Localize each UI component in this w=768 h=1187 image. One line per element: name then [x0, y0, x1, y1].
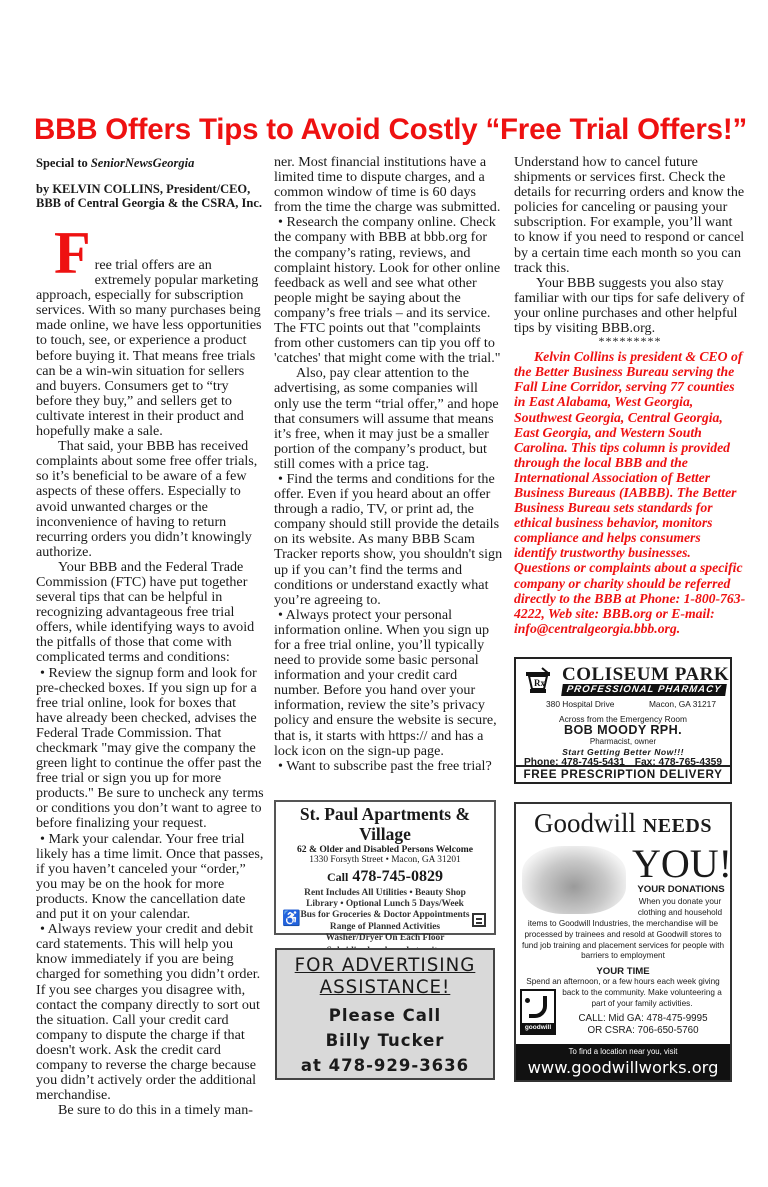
ad-feature: Range of Planned Activities — [276, 922, 494, 933]
ad-phone: 478-745-0829 — [352, 868, 443, 885]
wheelchair-accessible-icon: ♿ — [282, 912, 301, 927]
ad-feature: Bus for Groceries & Doctor Appointments — [276, 910, 494, 921]
paragraph: Understand how to cancel future shipment… — [514, 155, 746, 276]
ad-owner-role: Pharmacist, owner — [516, 737, 730, 746]
tip-item: • Always protect your personal informati… — [274, 608, 506, 759]
time-text: Spend an afternoon, or a few hours each … — [516, 977, 730, 988]
ad-title: Goodwill NEEDS — [516, 806, 730, 843]
time-heading: YOUR TIME — [516, 966, 730, 977]
ad-phone: OR CSRA: 706-650-5760 — [560, 1025, 726, 1037]
byline-author: by KELVIN COLLINS, President/CEO, — [36, 182, 250, 196]
ad-heading: FOR ADVERTISING — [277, 955, 493, 977]
ad-footer: To find a location near you, visit www.g… — [516, 1044, 730, 1080]
tip-item: • Find the terms and conditions for the … — [274, 472, 506, 608]
ad-title: COLISEUM PARK — [562, 665, 729, 685]
ad-phone: CALL: Mid GA: 478-475-9995 — [560, 1013, 726, 1025]
author-bio: Kelvin Collins is president & CEO of the… — [514, 349, 746, 636]
paragraph: That said, your BBB has received complai… — [36, 439, 264, 560]
ad-phone: at 478-929-3636 — [277, 1053, 493, 1078]
group-photo — [522, 846, 626, 914]
ad-address: 1330 Forsyth Street • Macon, GA 31201 — [276, 855, 494, 866]
advertising-assistance-ad[interactable]: FOR ADVERTISING ASSISTANCE! Please Call … — [275, 948, 495, 1080]
ad-delivery-banner: FREE PRESCRIPTION DELIVERY — [516, 765, 730, 782]
call-label: Call — [327, 870, 348, 884]
ad-call-line: Please Call — [277, 1003, 493, 1028]
ad-feature: Washer/Dryer On Each Floor — [276, 933, 494, 944]
section-divider: ********* — [514, 336, 746, 346]
tip-item: • Research the company online. Check the… — [274, 215, 506, 366]
goodwill-ad[interactable]: Goodwill NEEDS YOU! YOUR DONATIONS When … — [514, 802, 732, 1082]
svg-text:Rx: Rx — [534, 678, 545, 688]
city: Macon, GA 31217 — [649, 699, 716, 709]
ad-heading: ASSISTANCE! — [277, 977, 493, 999]
find-location-text: To find a location near you, visit — [516, 1044, 730, 1058]
ad-owner-name: BOB MOODY RPH. — [516, 723, 730, 737]
article-headline: BBB Offers Tips to Avoid Costly “Free Tr… — [34, 112, 754, 148]
tip-item: • Review the signup form and look for pr… — [36, 666, 264, 832]
website-link[interactable]: www.goodwillworks.org — [516, 1058, 730, 1077]
street-address: 380 Hospital Drive — [546, 699, 614, 709]
goodwill-name: Goodwill — [534, 808, 636, 838]
donations-heading: YOUR DONATIONS — [626, 884, 736, 895]
ad-subtitle: 62 & Older and Disabled Persons Welcome — [276, 844, 494, 855]
article-column-1: Special to SeniorNewsGeorgia by KELVIN C… — [36, 156, 264, 1118]
byline-org: BBB of Central Georgia & the CSRA, Inc. — [36, 196, 262, 210]
paragraph: ner. Most financial institutions have a … — [274, 155, 506, 215]
special-credit: Special to SeniorNewsGeorgia — [36, 156, 264, 170]
ad-phones: CALL: Mid GA: 478-475-9995 OR CSRA: 706-… — [560, 1013, 726, 1037]
byline: by KELVIN COLLINS, President/CEO,BBB of … — [36, 182, 264, 210]
ad-address: 380 Hospital DriveMacon, GA 31217 — [546, 699, 716, 709]
logo-text: goodwill — [522, 1023, 554, 1033]
tip-item: • Mark your calendar. Your free trial li… — [36, 832, 264, 923]
ad-banner: PROFESSIONAL PHARMACY — [561, 684, 727, 696]
mortar-pestle-rx-icon: Rx — [524, 667, 552, 695]
smiling-g-icon — [529, 996, 547, 1018]
publication-name: SeniorNewsGeorgia — [91, 156, 194, 170]
coliseum-park-pharmacy-ad[interactable]: Rx COLISEUM PARK PROFESSIONAL PHARMACY 3… — [514, 657, 732, 784]
ad-slogan: Start Getting Better Now!!! — [516, 747, 730, 757]
ad-contact-name: Billy Tucker — [277, 1028, 493, 1053]
paragraph: Your BBB suggests you also stay familiar… — [514, 276, 746, 336]
you-label: YOU! — [632, 844, 732, 884]
drop-cap: F — [54, 230, 91, 280]
equal-housing-icon — [472, 913, 486, 927]
paragraph: Your BBB and the Federal Trade Commissio… — [36, 560, 264, 666]
time-text: back to the community. Make volunteering… — [558, 988, 726, 1010]
ad-title: St. Paul Apartments & Village — [276, 804, 494, 844]
article-column-2: ner. Most financial institutions have a … — [274, 155, 506, 774]
ad-feature: Rent Includes All Utilities • Beauty Sho… — [276, 888, 494, 899]
article-column-3: Understand how to cancel future shipment… — [514, 155, 746, 636]
needs-label: NEEDS — [643, 815, 712, 837]
st-paul-apartments-ad[interactable]: St. Paul Apartments & Village 62 & Older… — [274, 800, 496, 935]
donations-text: items to Goodwill Industries, the mercha… — [516, 919, 730, 962]
paragraph: Also, pay clear attention to the adverti… — [274, 366, 506, 472]
lead-paragraph: Free trial offers are an extremely popul… — [36, 228, 264, 439]
ad-feature: Library • Optional Lunch 5 Days/Week — [276, 899, 494, 910]
goodwill-logo-icon: goodwill — [520, 989, 556, 1035]
paragraph: Be sure to do this in a timely man- — [36, 1103, 264, 1118]
special-prefix: Special to — [36, 156, 91, 170]
ad-phone-line: Call478-745-0829 — [276, 866, 494, 888]
tip-item: • Want to subscribe past the free trial? — [274, 759, 506, 774]
donations-text: When you donate your clothing and househ… — [628, 897, 732, 919]
tip-item: • Always review your credit and debit ca… — [36, 922, 264, 1103]
